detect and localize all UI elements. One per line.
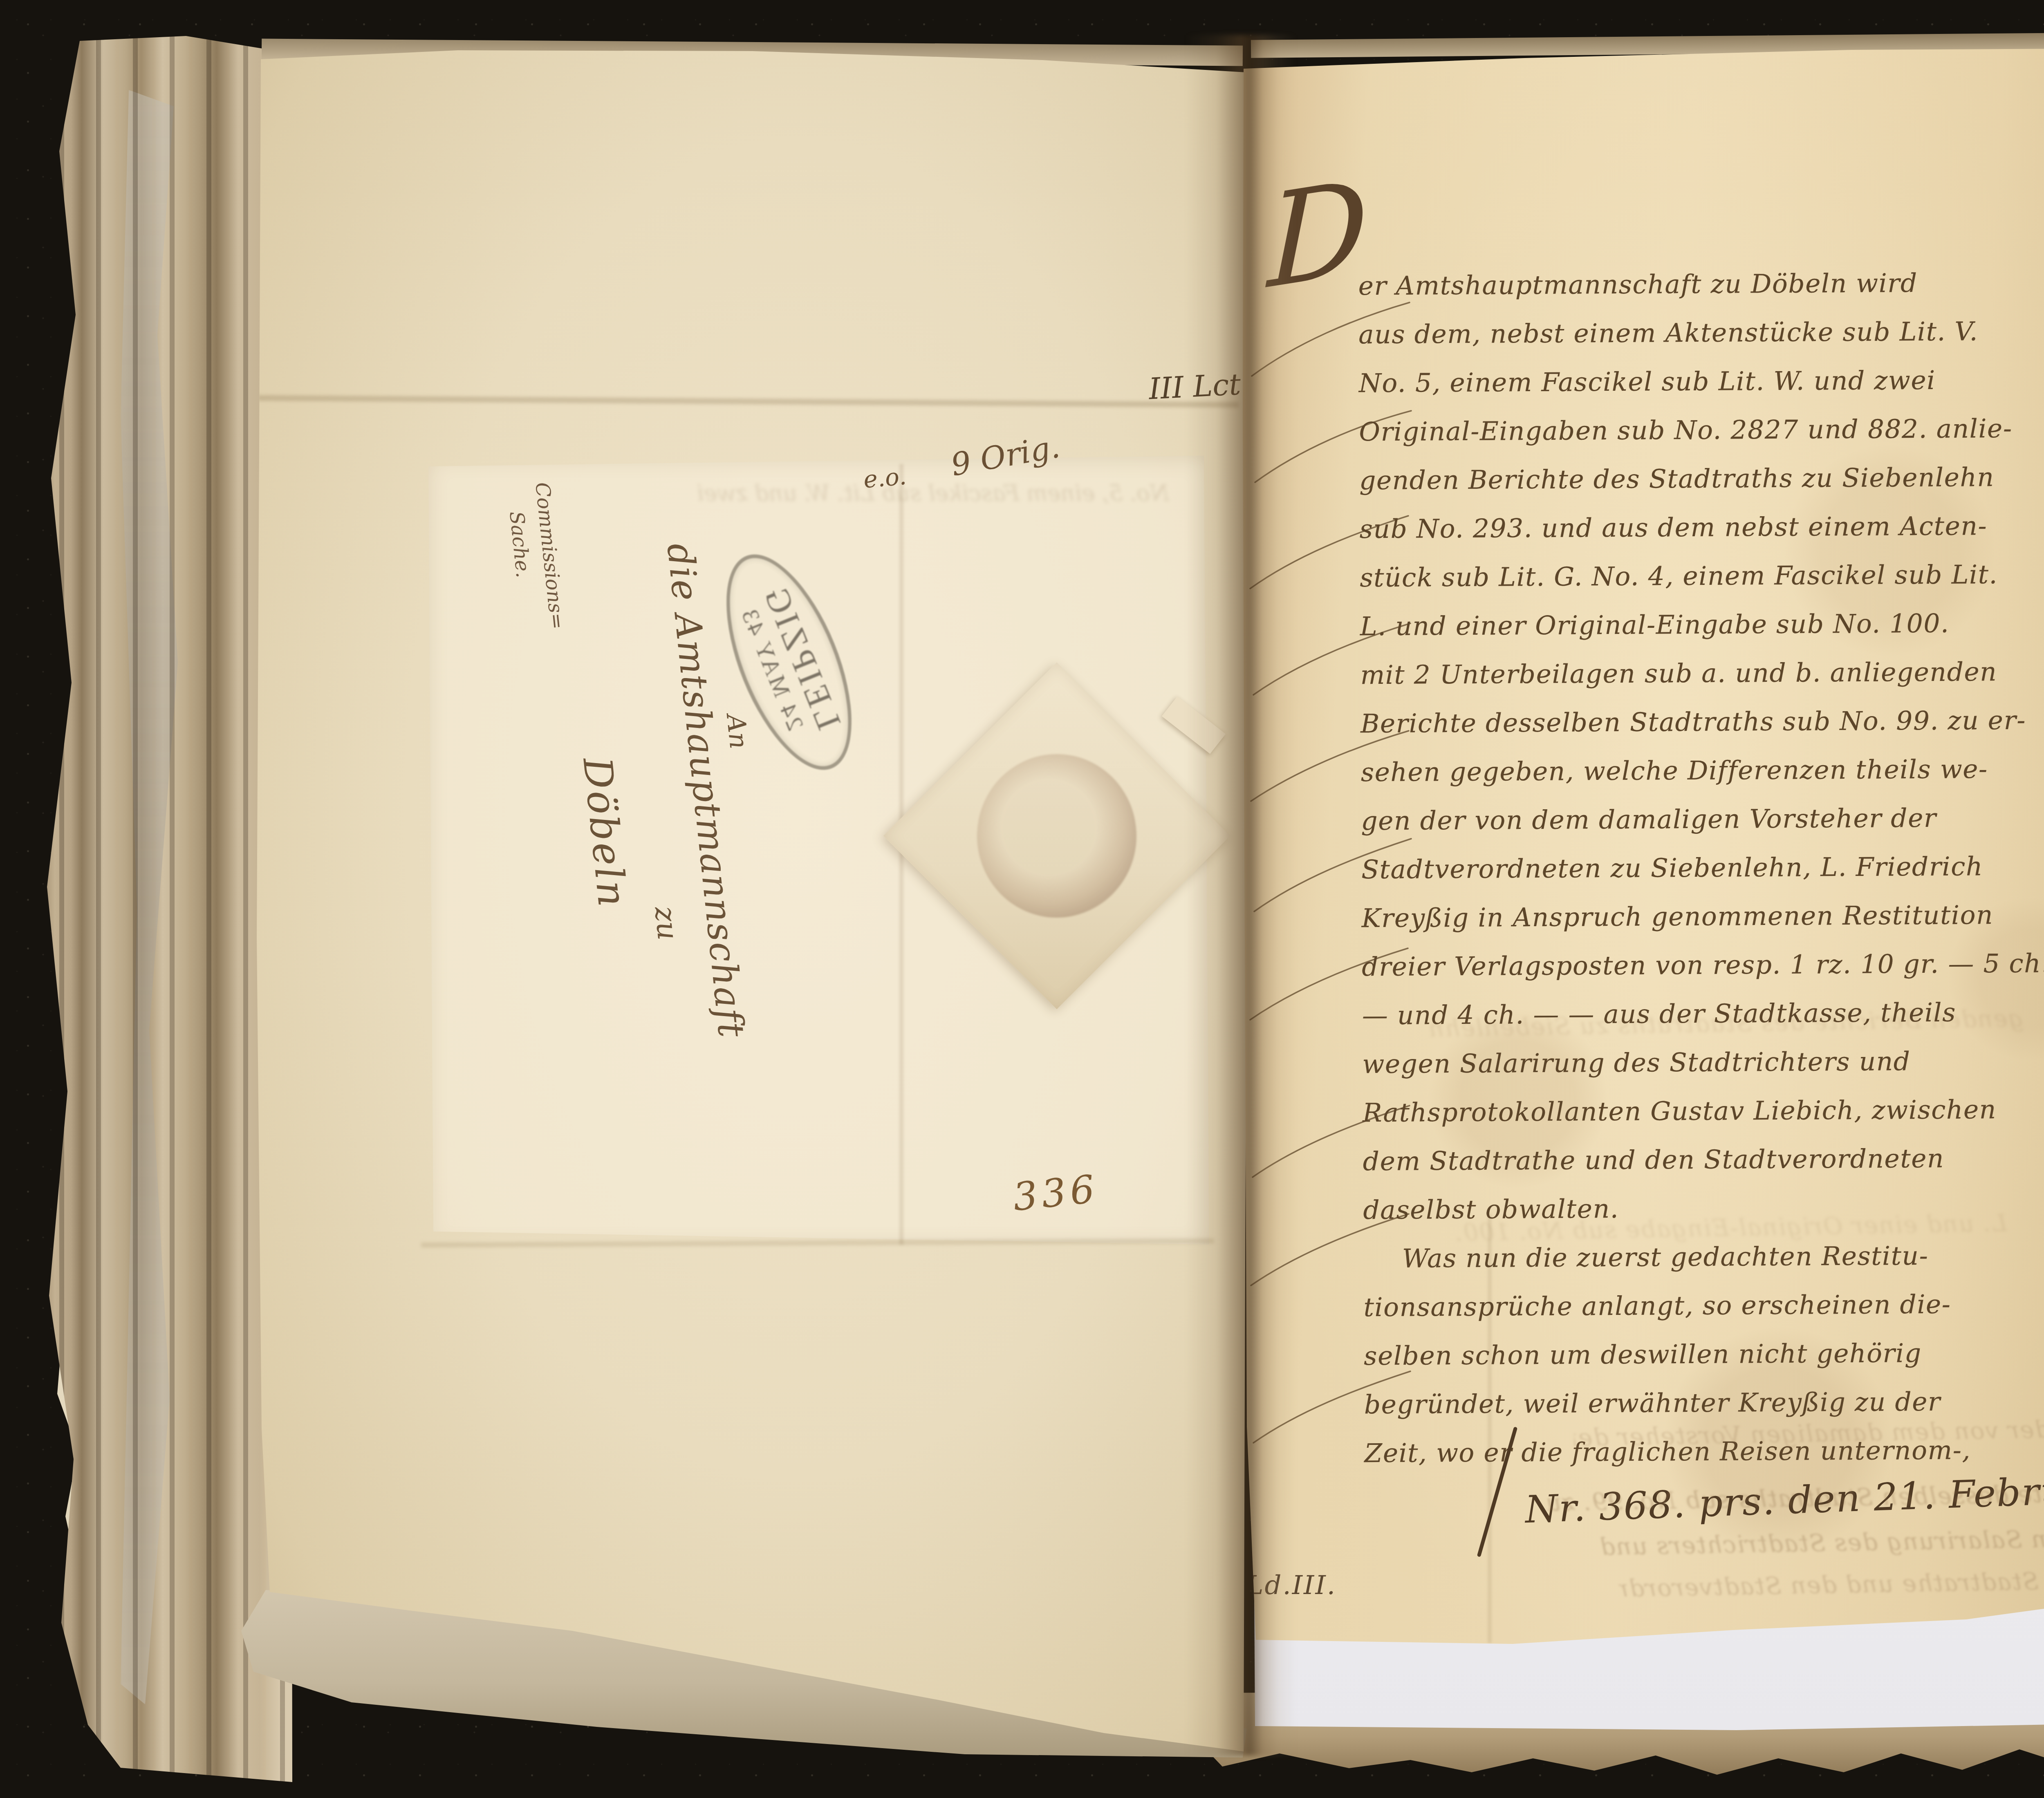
manuscript-line: mit 2 Unterbeilagen sub a. und b. anlieg…: [1360, 647, 2044, 699]
flourished-initial: D: [1267, 163, 1369, 307]
manuscript-line: — und 4 ch. — — aus der Stadtkasse, thei…: [1362, 987, 2044, 1040]
manuscript-line: wegen Salarirung des Stadtrichters und: [1362, 1036, 2044, 1088]
manuscript-line: Rathsprotokollanten Gustav Liebich, zwis…: [1363, 1084, 2044, 1137]
manuscript-line: Original-Eingaben sub No. 2827 und 882. …: [1359, 403, 2044, 456]
registry-mark: Ld.III.: [1246, 1570, 1336, 1601]
manuscript-line: genden Berichte des Stadtraths zu Sieben…: [1359, 452, 2044, 505]
manuscript-line: tionsansprüche anlangt, so erscheinen di…: [1363, 1279, 2044, 1332]
annotation-lit: III Lct.: [1148, 367, 1251, 406]
seal-impression: [977, 754, 1136, 918]
manuscript-line: daselbst obwalten.: [1363, 1182, 2044, 1234]
left-binding-edge-stack: [22, 29, 292, 1782]
manuscript-line: selben schon um deswillen nicht gehörig: [1364, 1328, 2044, 1380]
manuscript-line: dreier Verlagsposten von resp. 1 rz. 10 …: [1362, 938, 2044, 991]
manuscript-line: Was nun die zuerst gedachten Restitu-: [1363, 1230, 2044, 1283]
manuscript-line: aus dem, nebst einem Aktenstücke sub Lit…: [1358, 306, 2044, 359]
manuscript-line: gen der von dem damaligen Vorsteher der: [1361, 793, 2044, 845]
ink-bleedthrough: dem Stadtrathe und den Stadtverordneten: [1618, 1566, 2044, 1603]
manuscript-line: L. und einer Original-Eingabe sub No. 10…: [1360, 598, 2044, 651]
document-number: 336: [1011, 1167, 1101, 1220]
manuscript-line: Berichte desselben Stadtraths sub No. 99…: [1360, 695, 2044, 748]
manuscript-line: Stadtverordneten zu Siebenlehn, L. Fried…: [1361, 841, 2044, 894]
manuscript-line: stück sub Lit. G. No. 4, einem Fascikel …: [1360, 549, 2044, 602]
address-line: Döbeln: [573, 755, 666, 1191]
manuscript-line: sehen gegeben, welche Differenzen theils…: [1360, 744, 2044, 797]
right-page: genden Berichte des Stadtraths zu Sieben…: [1239, 37, 2044, 1749]
torn-tissue-strip: [121, 90, 182, 1704]
ink-bleedthrough: No. 5, einem Fascikel sub Lit. W. und zw…: [556, 480, 1169, 506]
annotation-eo: e.o.: [862, 462, 908, 494]
manuscript-body: er Amtshauptmannschaft zu Döbeln wird au…: [1358, 257, 2044, 1478]
manuscript-line: er Amtshauptmannschaft zu Döbeln wird: [1358, 257, 2044, 310]
fold-crease: [421, 1238, 1214, 1247]
manuscript-line: dem Stadtrathe und den Stadtverordneten: [1363, 1133, 2044, 1186]
manuscript-line: Kreyßig in Anspruch genommenen Restituti…: [1361, 890, 2044, 943]
fold-crease: [258, 395, 1239, 408]
manuscript-line: sub No. 293. und aus dem nebst einem Act…: [1359, 501, 2044, 553]
left-page: No. 5, einem Fascikel sub Lit. W. und zw…: [245, 39, 1249, 1753]
manuscript-line: No. 5, einem Fascikel sub Lit. W. und zw…: [1358, 355, 2044, 408]
ink-bleedthrough: wegen Salarirung des Stadtrichters und: [1566, 1524, 2044, 1561]
